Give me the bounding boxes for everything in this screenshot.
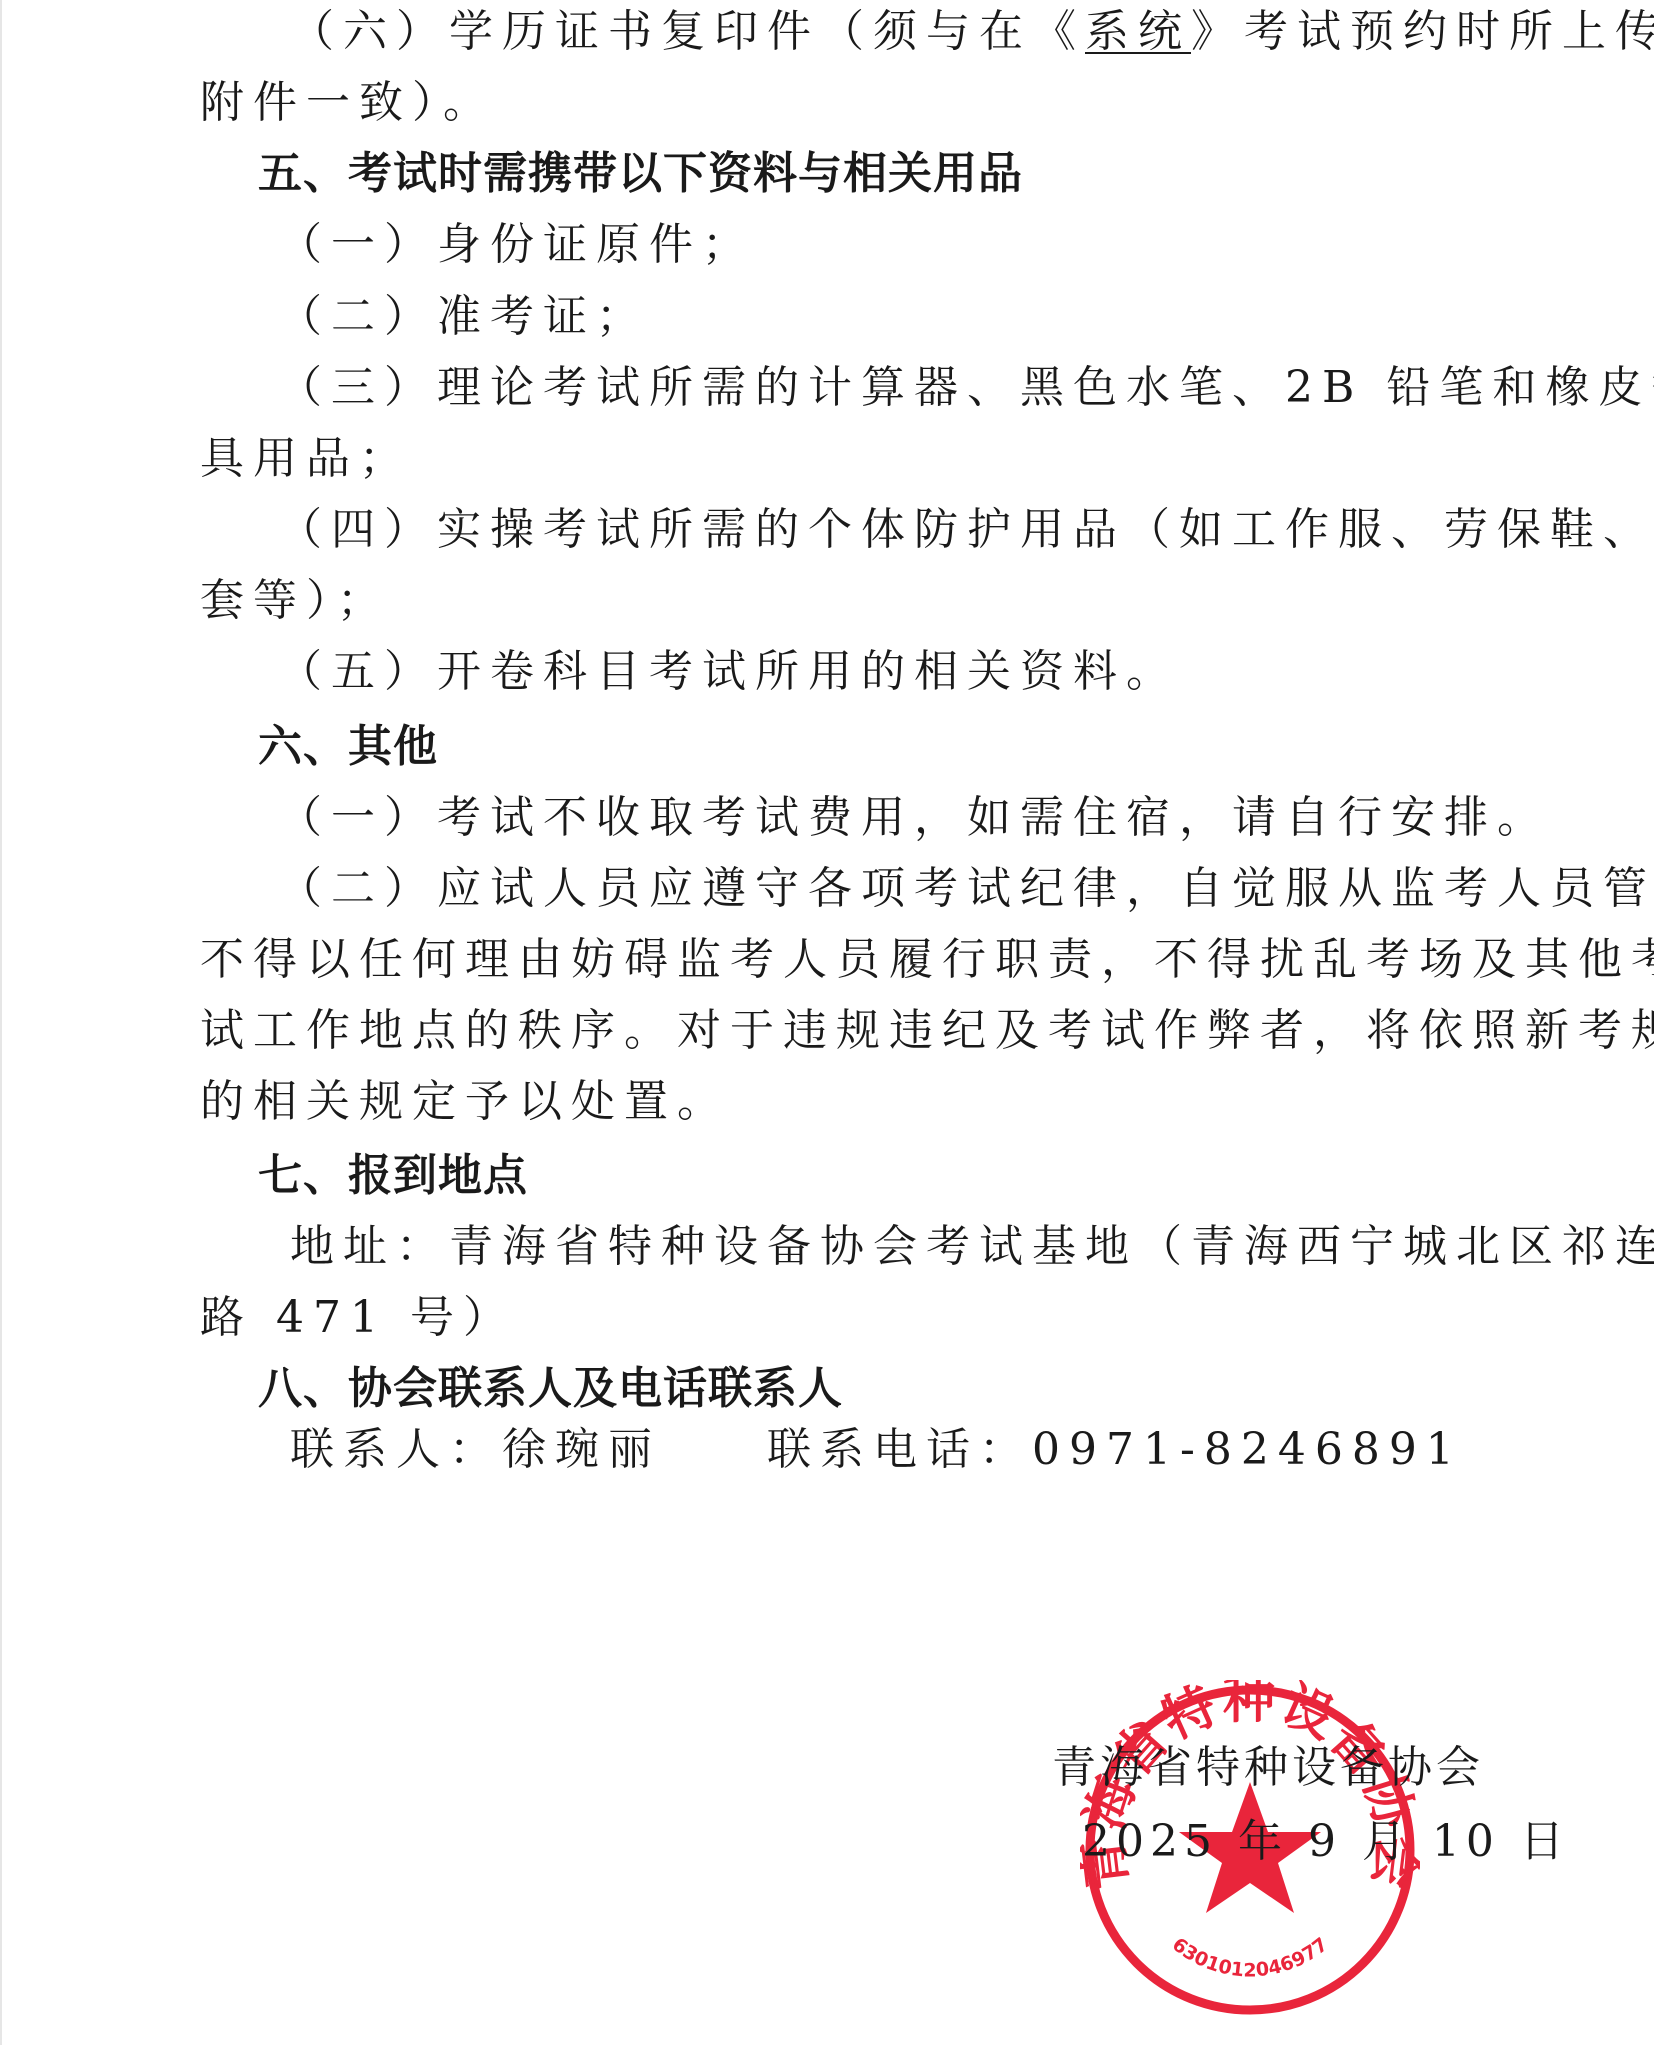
section-six-item-2-cont-3: 的相关规定予以处置。	[200, 1070, 1450, 1134]
item-six-text-prefix: （六）学历证书复印件（须与在《	[290, 6, 1085, 57]
system-link[interactable]: 系统	[1085, 6, 1191, 57]
section-five-item-4-cont: 套等）；	[200, 569, 1450, 633]
page-edge	[0, 0, 2, 2045]
section-seven-heading: 七、报到地点	[258, 1144, 1508, 1208]
seal-code: 6301012046977	[1168, 1933, 1332, 1981]
section-six-item-2: （二）应试人员应遵守各项考试纪律，自觉服从监考人员管理，	[278, 857, 1528, 921]
signature-date: 2025 年 9 月 10 日	[1082, 1812, 1570, 1872]
address-line-1: 地址：青海省特种设备协会考试基地（青海西宁城北区祁连	[290, 1215, 1540, 1279]
section-six-item-2-cont-1: 不得以任何理由妨碍监考人员履行职责，不得扰乱考场及其他考	[200, 928, 1450, 992]
section-five-item-2: （二）准考证；	[278, 285, 1528, 349]
section-six-item-1: （一）考试不收取考试费用，如需住宿，请自行安排。	[278, 786, 1528, 850]
section-five-item-3: （三）理论考试所需的计算器、黑色水笔、2B 铅笔和橡皮等文	[278, 356, 1528, 420]
address-line-2: 路 471 号）	[200, 1286, 1450, 1350]
item-six-line-1: （六）学历证书复印件（须与在《系统》考试预约时所上传	[290, 0, 1540, 64]
section-five-item-3-cont: 具用品；	[200, 427, 1450, 491]
signature-organization: 青海省特种设备协会	[1052, 1738, 1484, 1798]
section-six-heading: 六、其他	[258, 715, 1508, 779]
section-five-item-1: （一）身份证原件；	[278, 213, 1528, 277]
item-six-line-2: 附件一致）。	[200, 71, 1450, 135]
section-six-item-2-cont-2: 试工作地点的秩序。对于违规违纪及考试作弊者，将依照新考规	[200, 999, 1450, 1063]
section-five-item-5: （五）开卷科目考试所用的相关资料。	[278, 640, 1528, 704]
section-five-item-4: （四）实操考试所需的个体防护用品（如工作服、劳保鞋、手	[278, 498, 1528, 562]
item-six-text-suffix: 》考试预约时所上传	[1191, 6, 1654, 57]
section-five-heading: 五、考试时需携带以下资料与相关用品	[258, 142, 1508, 206]
section-eight-heading: 八、协会联系人及电话联系人	[258, 1357, 1508, 1421]
contact-line: 联系人：徐琬丽 联系电话：0971-8246891	[290, 1418, 1540, 1482]
